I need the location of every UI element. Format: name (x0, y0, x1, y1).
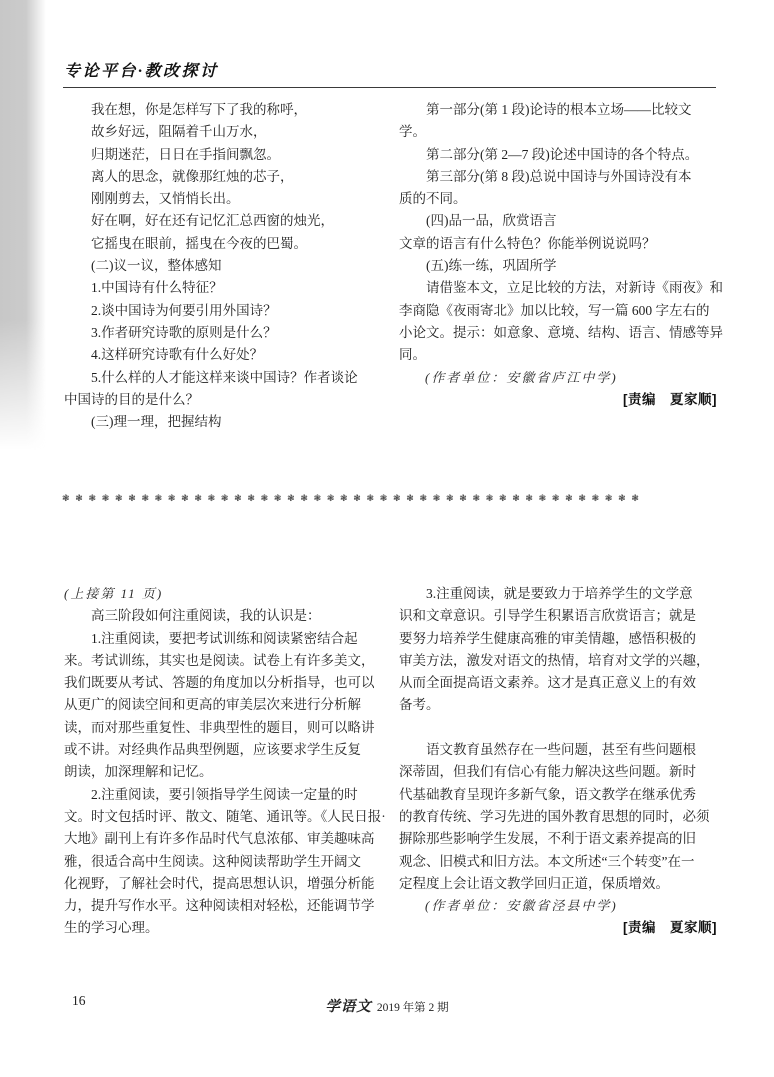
text-line: (五)练一练，巩固所学 (399, 255, 717, 277)
header-rule (63, 87, 716, 88)
section2-right-column: 3.注重阅读，就是要致力于培养学生的文学意识和文章意识。引导学生积累语言欣赏语言… (399, 583, 717, 940)
section1-left-column: 我在想，你是怎样写下了我的称呼，故乡好远，阻隔着千山万水，归期迷茫，日日在手指间… (64, 99, 391, 433)
text-line: 定程度上会让语文教学回归正道，保质增效。 (399, 873, 717, 895)
text-line: (上接第 11 页) (64, 583, 391, 605)
text-line: 代基础教育呈现许多新气象，语文教学在继承优秀 (399, 784, 717, 806)
text-line: 备考。 (399, 694, 717, 716)
text-line: 大地》副刊上有许多作品时代气息浓郁、审美趣味高 (64, 828, 391, 850)
text-line: 来。考试训练，其实也是阅读。试卷上有许多美文， (64, 650, 391, 672)
text-line: 同。 (399, 344, 717, 366)
text-line: 刚刚剪去，又悄悄长出。 (64, 188, 391, 210)
text-line: (二)议一议，整体感知 (64, 255, 391, 277)
section2-left-column: (上接第 11 页)高三阶段如何注重阅读，我的认识是：1.注重阅读，要把考试训练… (64, 583, 391, 940)
text-line: 质的不同。 (399, 188, 717, 210)
text-line: 中国诗的目的是什么？ (64, 389, 391, 411)
text-line: 3.作者研究诗歌的原则是什么？ (64, 322, 391, 344)
journal-page: 专论平台·教改探讨 我在想，你是怎样写下了我的称呼，故乡好远，阻隔着千山万水，归… (0, 0, 774, 1077)
text-line: 4.这样研究诗歌有什么好处？ (64, 344, 391, 366)
text-line: 语文教育虽然存在一些问题，甚至有些问题根 (399, 739, 717, 761)
text-line: 朗读，加深理解和记忆。 (64, 761, 391, 783)
text-line: 第一部分(第 1 段)论诗的根本立场——比较文 (399, 99, 717, 121)
page-header-title: 专论平台·教改探讨 (64, 58, 219, 81)
text-line: 从而全面提高语文素养。这才是真正意义上的有效 (399, 672, 717, 694)
text-line: 归期迷茫，日日在手指间飘忽。 (64, 144, 391, 166)
text-line: (三)理一理，把握结构 (64, 411, 391, 433)
text-line: 我在想，你是怎样写下了我的称呼， (64, 99, 391, 121)
text-line: 摒除那些影响学生发展，不利于语文素养提高的旧 (399, 828, 717, 850)
journal-name: 学语文 (325, 999, 372, 1015)
scan-edge-shadow (0, 0, 46, 450)
text-line: 观念、旧模式和旧方法。本文所述“三个转变”在一 (399, 851, 717, 873)
text-line: [责编 夏家顺] (399, 389, 717, 411)
text-line: 5.什么样的人才能这样来谈中国诗？作者谈论 (64, 367, 391, 389)
text-line: 好在啊，好在还有记忆汇总西窗的烛光， (64, 210, 391, 232)
text-line: 化视野，了解社会时代，提高思想认识，增强分析能 (64, 873, 391, 895)
text-line: (四)品一品，欣赏语言 (399, 210, 717, 232)
text-line: 生的学习心理。 (64, 917, 391, 939)
journal-issue: 2019 年第 2 期 (377, 1002, 449, 1014)
text-line: 它摇曳在眼前，摇曳在今夜的巴蜀。 (64, 233, 391, 255)
text-line: 高三阶段如何注重阅读，我的认识是： (64, 605, 391, 627)
text-line: 学。 (399, 121, 717, 143)
section1-right-column: 第一部分(第 1 段)论诗的根本立场——比较文学。第二部分(第 2—7 段)论述… (399, 99, 717, 411)
text-line: 2.谈中国诗为何要引用外国诗？ (64, 300, 391, 322)
text-line: 力，提升写作水平。这种阅读相对轻松，还能调节学 (64, 895, 391, 917)
text-line: 识和文章意识。引导学生积累语言欣赏语言；就是 (399, 605, 717, 627)
text-line: (作者单位：安徽省庐江中学) (399, 367, 717, 389)
text-line: (作者单位：安徽省泾县中学) (399, 895, 717, 917)
text-line: 的教育传统、学习先进的国外教育思想的同时，必须 (399, 806, 717, 828)
text-line: [责编 夏家顺] (399, 917, 717, 939)
text-line: 李商隐《夜雨寄北》加以比较，写一篇 600 字左右的 (399, 300, 717, 322)
text-line: 审美方法，激发对语文的热情，培育对文学的兴趣， (399, 650, 717, 672)
text-line: 文。时文包括时评、散文、随笔、通讯等。《人民日报· (64, 806, 391, 828)
text-line: 小论文。提示：如意象、意境、结构、语言、情感等异 (399, 322, 717, 344)
footer-journal-line: 学语文2019 年第 2 期 (0, 995, 774, 1016)
text-line: 离人的思念，就像那红烛的芯子， (64, 166, 391, 188)
text-line: 第三部分(第 8 段)总说中国诗与外国诗没有本 (399, 166, 717, 188)
text-line: 3.注重阅读，就是要致力于培养学生的文学意 (399, 583, 717, 605)
text-line: 请借鉴本文，立足比较的方法，对新诗《雨夜》和 (399, 277, 717, 299)
ornament-separator: ❃❃❃❃❃❃❃❃❃❃❃❃❃❃❃❃❃❃❃❃❃❃❃❃❃❃❃❃❃❃❃❃❃❃❃❃❃❃❃❃… (62, 494, 720, 504)
text-line: 深蒂固，但我们有信心有能力解决这些问题。新时 (399, 761, 717, 783)
text-line: 第二部分(第 2—7 段)论述中国诗的各个特点。 (399, 144, 717, 166)
text-line: 从更广的阅读空间和更高的审美层次来进行分析解 (64, 694, 391, 716)
text-line (399, 717, 717, 739)
text-line: 故乡好远，阻隔着千山万水， (64, 121, 391, 143)
text-line: 要努力培养学生健康高雅的审美情趣，感悟积极的 (399, 628, 717, 650)
text-line: 读，而对那些重复性、非典型性的题目，则可以略讲 (64, 717, 391, 739)
text-line: 或不讲。对经典作品典型例题，应该要求学生反复 (64, 739, 391, 761)
text-line: 1.注重阅读，要把考试训练和阅读紧密结合起 (64, 628, 391, 650)
text-line: 1.中国诗有什么特征？ (64, 277, 391, 299)
text-line: 我们既要从考试、答题的角度加以分析指导，也可以 (64, 672, 391, 694)
text-line: 雅，很适合高中生阅读。这种阅读帮助学生开阔文 (64, 851, 391, 873)
text-line: 2.注重阅读，要引领指导学生阅读一定量的时 (64, 784, 391, 806)
text-line: 文章的语言有什么特色？你能举例说说吗？ (399, 233, 717, 255)
